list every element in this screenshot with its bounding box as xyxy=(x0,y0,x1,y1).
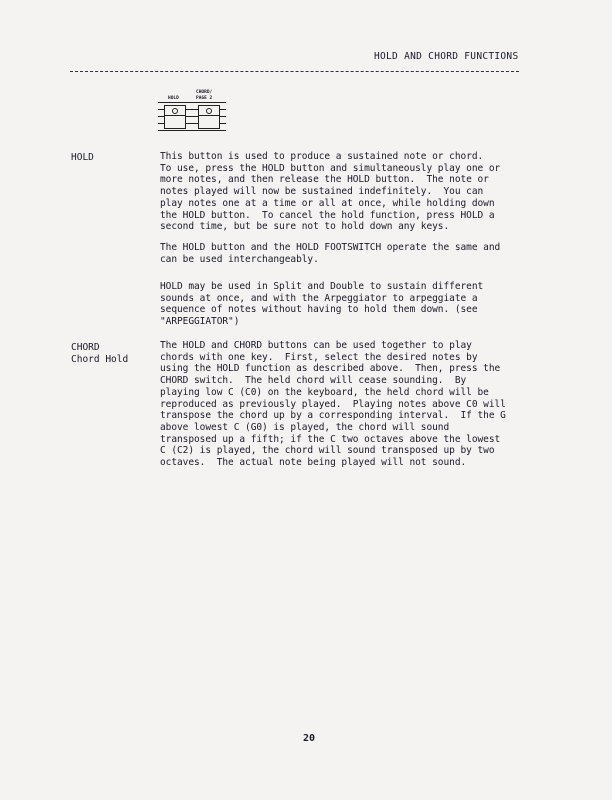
hold-paragraph-2: The HOLD button and the HOLD FOOTSWITCH … xyxy=(160,242,560,265)
header-dashed-rule xyxy=(70,71,519,72)
hold-label: HOLD xyxy=(168,96,179,101)
section-label-chord-hold: Chord Hold xyxy=(71,354,128,366)
led-indicator-icon xyxy=(172,108,178,114)
led-indicator-icon xyxy=(206,108,212,114)
panel-line xyxy=(158,102,226,103)
hold-paragraph-3: HOLD may be used in Split and Double to … xyxy=(160,281,560,328)
page-number: 20 xyxy=(303,733,315,744)
chord-button-diagram xyxy=(198,105,220,129)
hold-paragraph-1: This button is used to produce a sustain… xyxy=(160,151,560,233)
chord-label-line2: PAGE 2 xyxy=(196,96,212,101)
hold-button-diagram xyxy=(164,105,186,129)
chord-paragraph-1: The HOLD and CHORD buttons can be used t… xyxy=(160,340,560,469)
hold-chord-panel-diagram: CHORD/ HOLD PAGE 2 xyxy=(158,90,226,132)
section-label-chord: CHORD xyxy=(71,342,100,354)
running-header-title: HOLD AND CHORD FUNCTIONS xyxy=(374,51,518,62)
chord-label-line1: CHORD/ xyxy=(196,90,212,95)
section-label-hold: HOLD xyxy=(71,152,94,164)
panel-line xyxy=(158,130,226,131)
